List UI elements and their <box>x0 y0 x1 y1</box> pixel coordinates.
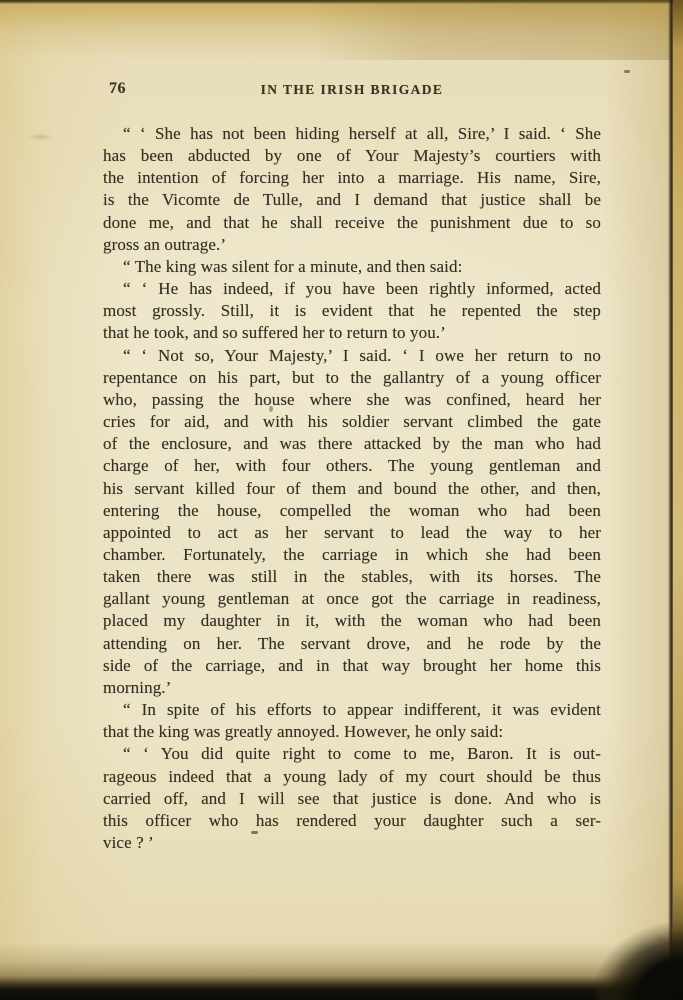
text-line: of the enclosure, and was there attacked… <box>103 433 601 455</box>
text-line: gross an outrage.’ <box>103 234 601 256</box>
page-text: “ ‘ She has not been hiding herself at a… <box>103 123 601 854</box>
text-line: who, passing the house where she was con… <box>103 389 601 411</box>
text-line: that he took, and so suffered her to ret… <box>103 322 601 344</box>
text-line: most grossly. Still, it is evident that … <box>103 300 601 322</box>
text-line: cries for aid, and with his soldier serv… <box>103 411 601 433</box>
text-line: entering the house, compelled the woman … <box>103 500 601 522</box>
text-line: has been abducted by one of Your Majesty… <box>103 145 601 167</box>
text-line: appointed to act as her servant to lead … <box>103 522 601 544</box>
bottom-right-corner-shadow <box>588 915 683 1000</box>
text-line: his servant killed four of them and boun… <box>103 478 601 500</box>
page-top-edge-shadow <box>0 0 683 60</box>
text-line: carried off, and I will see that justice… <box>103 788 601 810</box>
text-line: taken there was still in the stables, wi… <box>103 566 601 588</box>
text-line: “ ‘ He has indeed, if you have been righ… <box>103 278 601 300</box>
text-line: repentance on his part, but to the galla… <box>103 367 601 389</box>
text-line: morning.’ <box>103 677 601 699</box>
text-line: is the Vicomte de Tulle, and I demand th… <box>103 189 601 211</box>
text-line: that the king was greatly annoyed. Howev… <box>103 721 601 743</box>
text-line: the intention of forcing her into a marr… <box>103 167 601 189</box>
scanned-book-page: 76 IN THE IRISH BRIGADE “ ‘ She has not … <box>0 0 683 1000</box>
page-bottom-edge-shadow <box>0 942 683 1000</box>
page-header: 76 IN THE IRISH BRIGADE <box>103 80 601 102</box>
text-line: attending on her. The servant drove, and… <box>103 633 601 655</box>
adjacent-page-edge <box>673 0 683 1000</box>
text-line: done me, and that he shall receive the p… <box>103 212 601 234</box>
text-line: side of the carriage, and in that way br… <box>103 655 601 677</box>
text-line: placed my daughter in it, with the woman… <box>103 610 601 632</box>
text-line: this officer who has rendered your daugh… <box>103 810 601 832</box>
text-line: rageous indeed that a young lady of my c… <box>103 766 601 788</box>
text-line: vice ? ’ <box>103 832 601 854</box>
text-line: “ ‘ She has not been hiding herself at a… <box>103 123 601 145</box>
text-line: charge of her, with four others. The you… <box>103 455 601 477</box>
running-title: IN THE IRISH BRIGADE <box>103 82 601 98</box>
text-line: “ ‘ You did quite right to come to me, B… <box>103 743 601 765</box>
text-line: “ In spite of his efforts to appear indi… <box>103 699 601 721</box>
text-line: chamber. Fortunately, the carriage in wh… <box>103 544 601 566</box>
text-line: “ The king was silent for a minute, and … <box>103 256 601 278</box>
text-line: gallant young gentleman at once got the … <box>103 588 601 610</box>
text-line: “ ‘ Not so, Your Majesty,’ I said. ‘ I o… <box>103 345 601 367</box>
